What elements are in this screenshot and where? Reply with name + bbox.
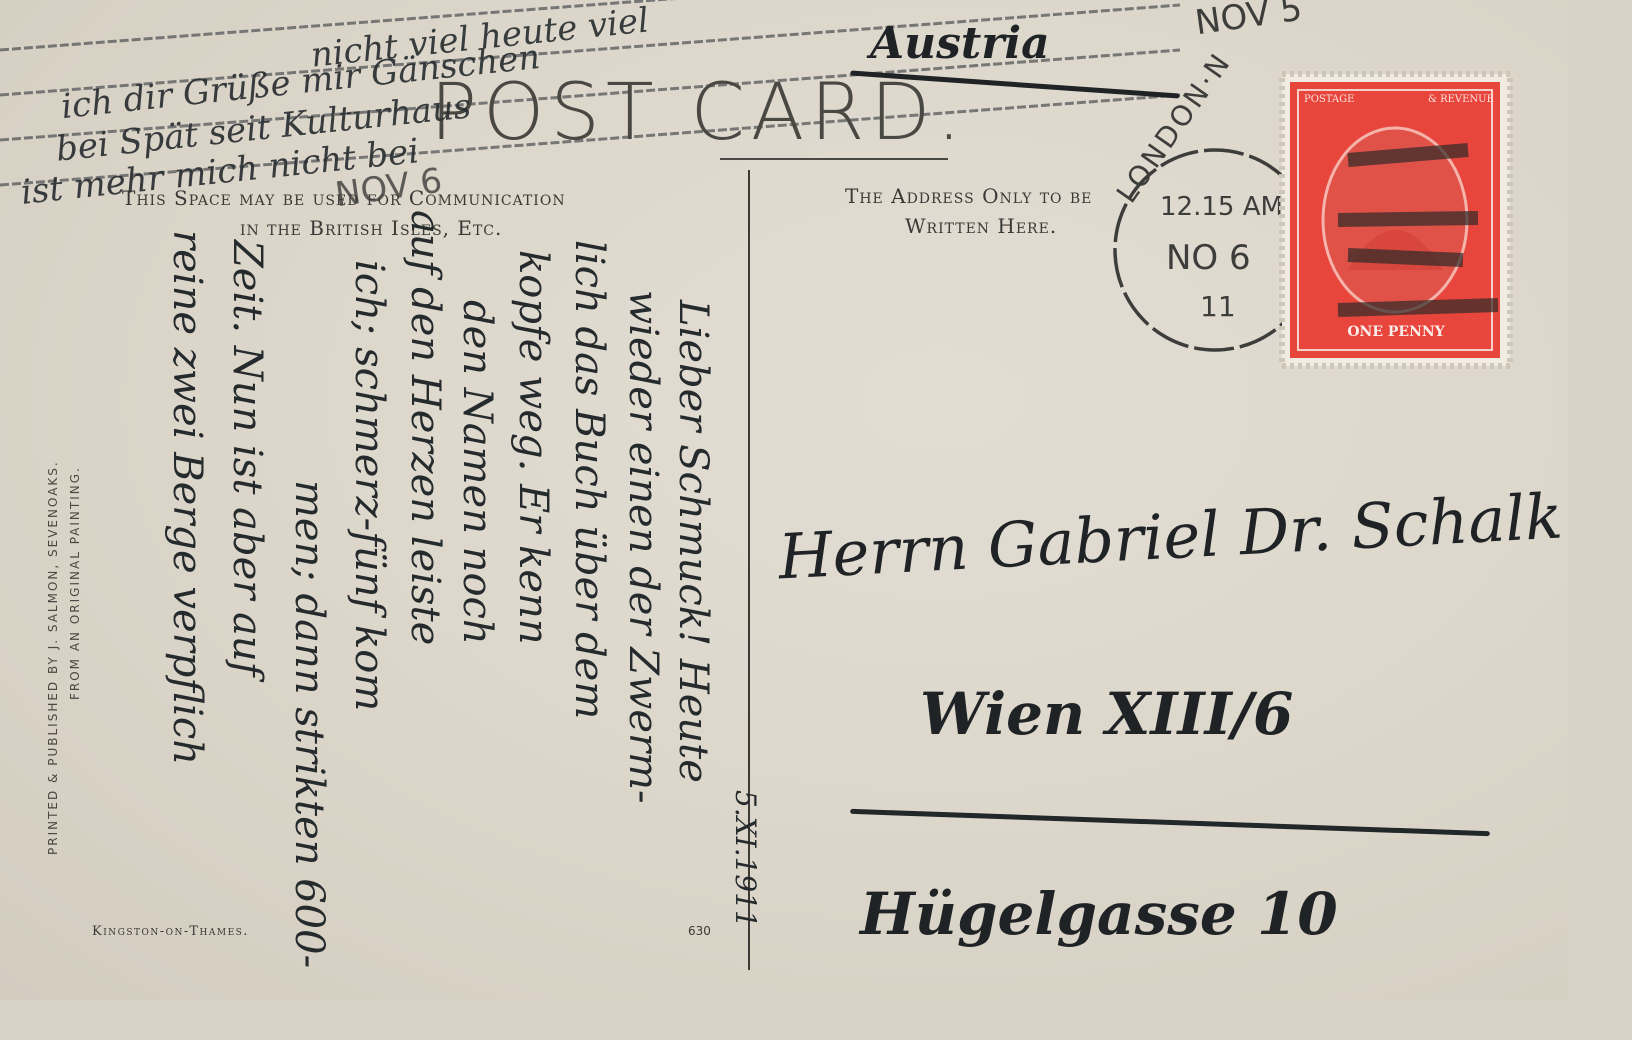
- message-line: Lieber Schmuck! Heute: [670, 300, 716, 783]
- message-line: ich; schmerz-fünf kom: [346, 260, 392, 711]
- message-line: men; dann strikten 600-: [286, 480, 332, 968]
- message-line: lich das Buch über dem: [566, 240, 612, 719]
- stamp-label-postage: POSTAGE: [1304, 94, 1354, 105]
- address-city: Wien XIII/6: [920, 680, 1293, 748]
- title-underline: [720, 158, 948, 160]
- postmark-time: 12.15 AM: [1160, 192, 1283, 222]
- address-note-line1: The Address Only to be: [845, 184, 1092, 208]
- message-line: Zeit. Nun ist aber auf: [224, 240, 270, 676]
- communication-note-line2: in the British Isles, Etc.: [240, 216, 502, 240]
- address-street: Hügelgasse 10: [860, 880, 1338, 948]
- message-line: reine zwei Berge verpflich: [164, 230, 210, 765]
- message-line-faint: [104, 260, 150, 273]
- message-date: 5.XI.1911: [729, 790, 762, 928]
- stamp-label-revenue: & REVENUE: [1428, 94, 1494, 105]
- message-line: wieder einen der Zwerm-: [620, 290, 666, 804]
- publisher-credit: PRINTED & PUBLISHED BY J. SALMON, SEVENO…: [46, 460, 60, 855]
- message-line: den Namen noch: [454, 300, 500, 645]
- postage-stamp: POSTAGE & REVENUE ONE PENNY: [1278, 70, 1514, 370]
- postcard-title: POST CARD.: [430, 68, 967, 158]
- address-note-line2: Written Here.: [905, 214, 1057, 238]
- postcard: POST CARD. This Space may be used for Co…: [0, 0, 1568, 1000]
- postmark-year: 11: [1200, 290, 1236, 323]
- address-country: Austria: [870, 18, 1050, 69]
- stamp-value: ONE PENNY: [1278, 324, 1514, 340]
- card-number: 630: [688, 924, 711, 938]
- caption-location: Kingston-on-Thames.: [92, 924, 249, 939]
- painting-credit: FROM AN ORIGINAL PAINTING.: [68, 466, 82, 700]
- postmark-date: NO 6: [1166, 238, 1251, 278]
- message-line: kopfe weg. Er kenn: [510, 250, 556, 645]
- message-line: auf den Herzen leiste: [402, 210, 448, 645]
